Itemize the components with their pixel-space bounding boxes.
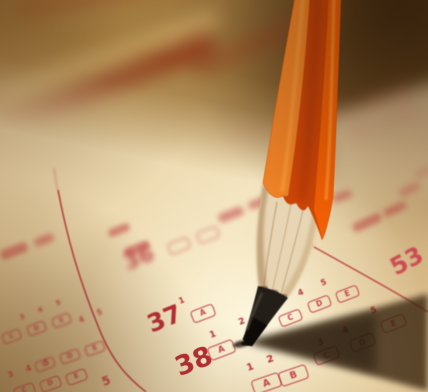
photo-pencil-on-answer-sheet: 36 3 4 5 C D E 4 5 C D E 3 4 5 C D E 5 3… [0,0,428,392]
pencil [0,0,428,392]
